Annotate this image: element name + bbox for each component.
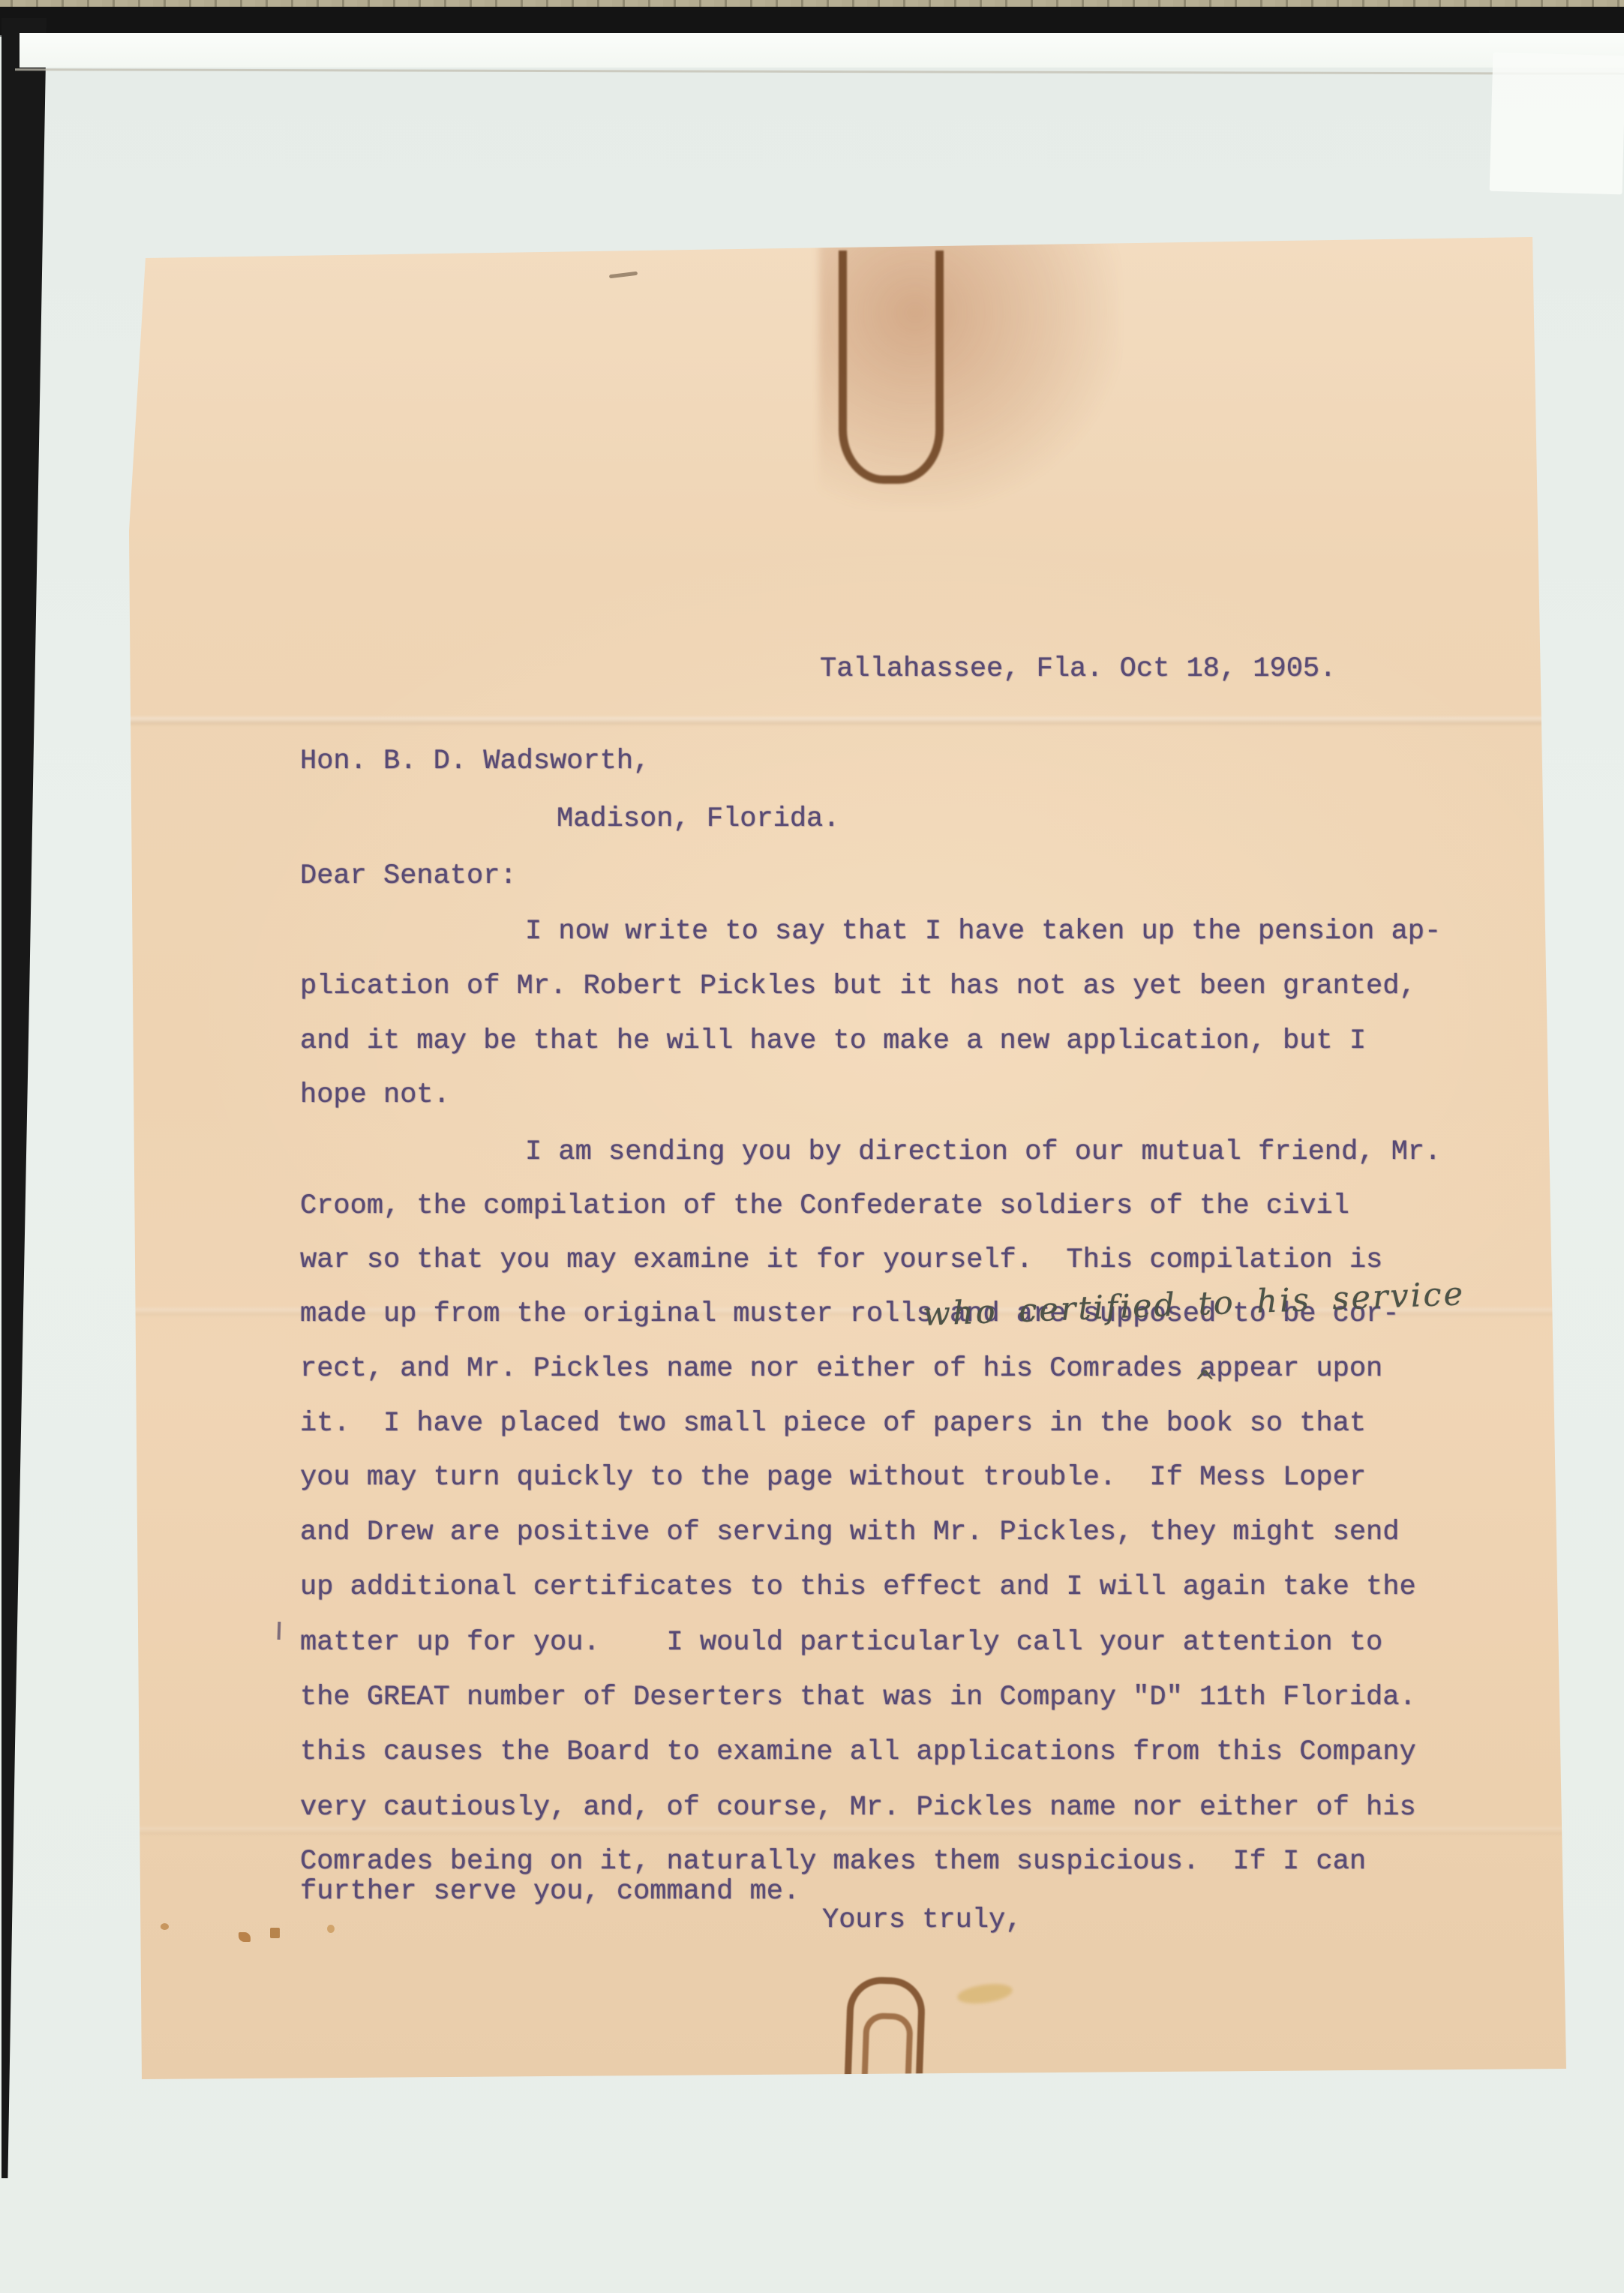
letter-recipient-name: Hon. B. D. Wadsworth,: [300, 746, 650, 776]
paper-corner-fold-crease: [115, 255, 134, 533]
body-line: the GREAT number of Deserters that was i…: [300, 1682, 1416, 1712]
backing-highlight-band: [20, 33, 1624, 68]
scanned-photo-background: Tallahassee, Fla. Oct 18, 1905. Hon. B. …: [0, 0, 1624, 2293]
body-line: and it may be that he will have to make …: [300, 1026, 1366, 1056]
letter-dateline: Tallahassee, Fla. Oct 18, 1905.: [820, 654, 1336, 684]
body-line: Comrades being on it, naturally makes th…: [300, 1847, 1366, 1877]
body-line: Croom, the compilation of the Confederat…: [300, 1191, 1349, 1221]
insertion-caret-mark: ^: [1194, 1364, 1216, 1403]
body-line: it. I have placed two small piece of pap…: [300, 1409, 1366, 1439]
backing-tape-fragment: [1490, 53, 1624, 195]
body-line: this causes the Board to examine all app…: [300, 1737, 1416, 1767]
body-line: you may turn quickly to the page without…: [300, 1463, 1366, 1493]
letter-recipient-city: Madison, Florida.: [557, 804, 839, 834]
letter-salutation: Dear Senator:: [300, 861, 517, 891]
stray-ink-tick: [278, 1622, 281, 1640]
body-line: rect, and Mr. Pickles name nor either of…: [300, 1354, 1382, 1384]
letter-paper: Tallahassee, Fla. Oct 18, 1905. Hon. B. …: [129, 237, 1566, 2079]
paper-fold-crease: [129, 717, 1566, 725]
rust-speck: [327, 1925, 335, 1933]
rust-speck: [161, 1923, 169, 1930]
body-line: I now write to say that I have taken up …: [525, 917, 1441, 947]
body-line: hope not.: [300, 1080, 450, 1110]
rust-speck: [239, 1932, 251, 1942]
backing-sleeve-line: [15, 68, 1624, 75]
paperclip-stain-bottom-inner: [861, 2012, 913, 2086]
paperclip-stain-top: [839, 251, 944, 484]
ink-smudge-yellow: [956, 1981, 1014, 2006]
letter-closing: Yours truly,: [822, 1905, 1022, 1935]
ink-smudge-mark: [609, 272, 638, 279]
body-line: very cautiously, and, of course, Mr. Pic…: [300, 1793, 1416, 1823]
rust-speck: [270, 1928, 280, 1938]
body-line: up additional certificates to this effec…: [300, 1572, 1416, 1602]
photo-black-border-top: [0, 7, 1624, 35]
body-line: I am sending you by direction of our mut…: [525, 1137, 1441, 1167]
paper-fold-crease: [129, 1827, 1566, 1835]
rust-speck: [120, 1884, 127, 1891]
body-line: and Drew are positive of serving with Mr…: [300, 1517, 1399, 1547]
body-line: plication of Mr. Robert Pickles but it h…: [300, 971, 1416, 1001]
photo-black-border-left: [2, 18, 47, 2178]
body-line: matter up for you. I would particularly …: [300, 1628, 1382, 1658]
body-line: further serve you, command me.: [300, 1877, 800, 1907]
body-line: war so that you may examine it for yours…: [300, 1245, 1382, 1275]
